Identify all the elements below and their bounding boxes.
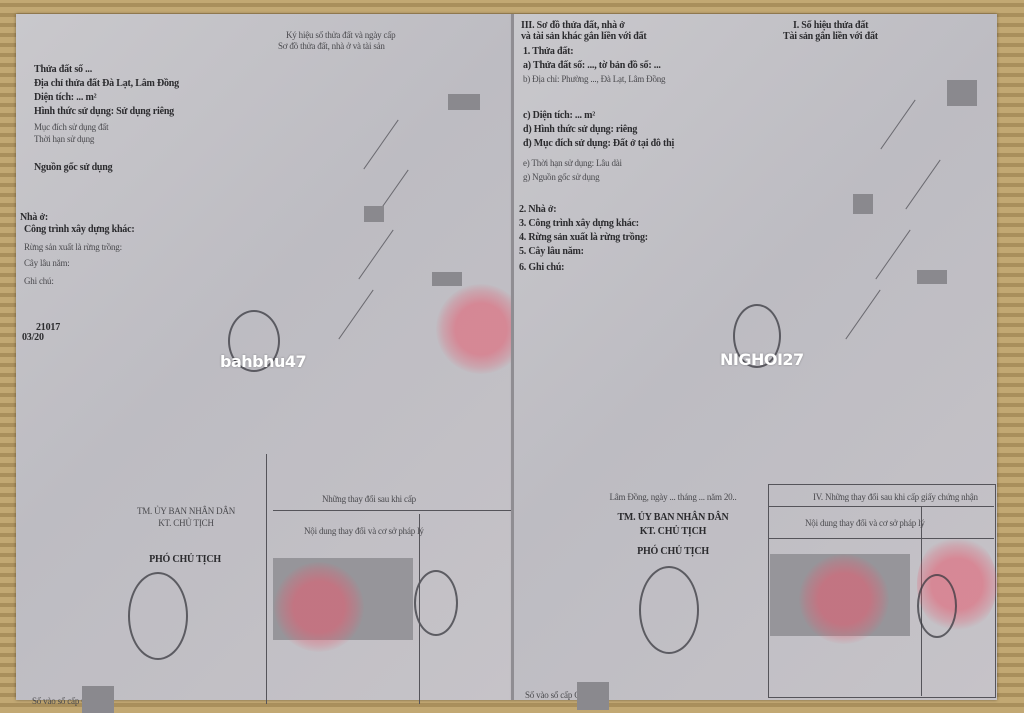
left-body-line: Ghi chú: (24, 276, 54, 287)
round-seal (917, 574, 957, 638)
right-body-line: 3. Công trình xây dựng khác: (519, 218, 639, 229)
redaction-block (947, 80, 977, 106)
left-body-line: Nguồn gốc sử dụng (34, 162, 112, 173)
left-table-header: Nội dung thay đổi và cơ sở pháp lý (304, 526, 424, 537)
left-sign-line: KT. CHỦ TỊCH (96, 518, 276, 529)
official-seal (639, 566, 699, 654)
left-body-line: Diện tích: ... m² (34, 92, 96, 103)
right-sign-line: Lâm Đồng, ngày ... tháng ... năm 20.. (573, 492, 773, 503)
right-sign-line: PHÓ CHỦ TỊCH (543, 546, 803, 557)
left-header-line-1: Ký hiệu số thửa đất và ngày cấp (286, 30, 395, 41)
right-body-line: b) Địa chỉ: Phường ..., Đà Lạt, Lâm Đồng (523, 74, 665, 85)
right-body-line: d) Hình thức sử dụng: riêng (523, 124, 637, 135)
right-header-left: III. Sơ đồ thửa đất, nhà ở (521, 20, 625, 31)
right-body-line: đ) Mục đích sử dụng: Đất ở tại đô thị (523, 138, 674, 149)
right-sign-line: KT. CHỦ TỊCH (553, 526, 793, 537)
left-sign-line: TM. ỦY BAN NHÂN DÂN (96, 506, 276, 517)
left-body-line: Cây lâu năm: (24, 258, 70, 269)
left-header-line-2: Sơ đồ thửa đất, nhà ở và tài sản (278, 41, 385, 52)
redaction-block (853, 194, 873, 214)
redaction-block (577, 682, 609, 710)
right-body-line: 4. Rừng sản xuất là rừng trồng: (519, 232, 648, 243)
right-body-line: 2. Nhà ở: (519, 204, 556, 215)
official-seal (128, 572, 188, 660)
red-seal (274, 562, 364, 652)
watermark-right: NIGHOI27 (720, 350, 804, 369)
right-header-right: Tài sản gắn liền với đất (783, 31, 878, 42)
left-body-line: Mục đích sử dụng đất (34, 122, 108, 133)
left-body-line: Địa chỉ thửa đất Đà Lạt, Lâm Đồng (34, 78, 179, 89)
right-body-line: g) Nguồn gốc sử dụng (523, 172, 599, 183)
redaction-block (917, 270, 947, 284)
left-body-line: Thửa đất số ... (34, 64, 92, 75)
right-table-header: Nội dung thay đổi và cơ sở pháp lý (805, 518, 925, 529)
watermark-left: bahbhu47 (220, 352, 306, 371)
round-seal (414, 570, 458, 636)
left-body-line: Công trình xây dựng khác: (24, 224, 134, 235)
right-body-line: e) Thời hạn sử dụng: Lâu dài (523, 158, 622, 169)
right-body-line: 5. Cây lâu năm: (519, 246, 584, 257)
left-table-header: Những thay đổi sau khi cấp (322, 494, 416, 505)
left-sign-line: PHÓ CHỦ TỊCH (80, 554, 290, 565)
left-body-line: Thời hạn sử dụng (34, 134, 94, 145)
redaction-block (364, 206, 384, 222)
page-fold (511, 14, 514, 700)
right-body-line: 6. Ghi chú: (519, 262, 564, 273)
right-body-line: 1. Thửa đất: (523, 46, 573, 57)
left-date-code: 03/20 (22, 332, 44, 343)
red-seal (799, 554, 889, 644)
right-header-left: và tài sản khác gắn liền với đất (521, 31, 647, 42)
redaction-block (448, 94, 480, 110)
right-body-line: a) Thửa đất số: ..., tờ bản đồ số: ... (523, 60, 661, 71)
right-header-right: I. Số hiệu thửa đất (793, 20, 868, 31)
left-body-line: Hình thức sử dụng: Sử dụng riêng (34, 106, 174, 117)
left-body-line: Nhà ở: (20, 212, 48, 223)
right-body-line: c) Diện tích: ... m² (523, 110, 595, 121)
redaction-block (82, 686, 114, 713)
right-table-header: IV. Những thay đổi sau khi cấp giấy chứn… (813, 492, 978, 503)
right-sign-line: TM. ỦY BAN NHÂN DÂN (553, 512, 793, 523)
redaction-block (432, 272, 462, 286)
left-body-line: Rừng sản xuất là rừng trồng: (24, 242, 122, 253)
